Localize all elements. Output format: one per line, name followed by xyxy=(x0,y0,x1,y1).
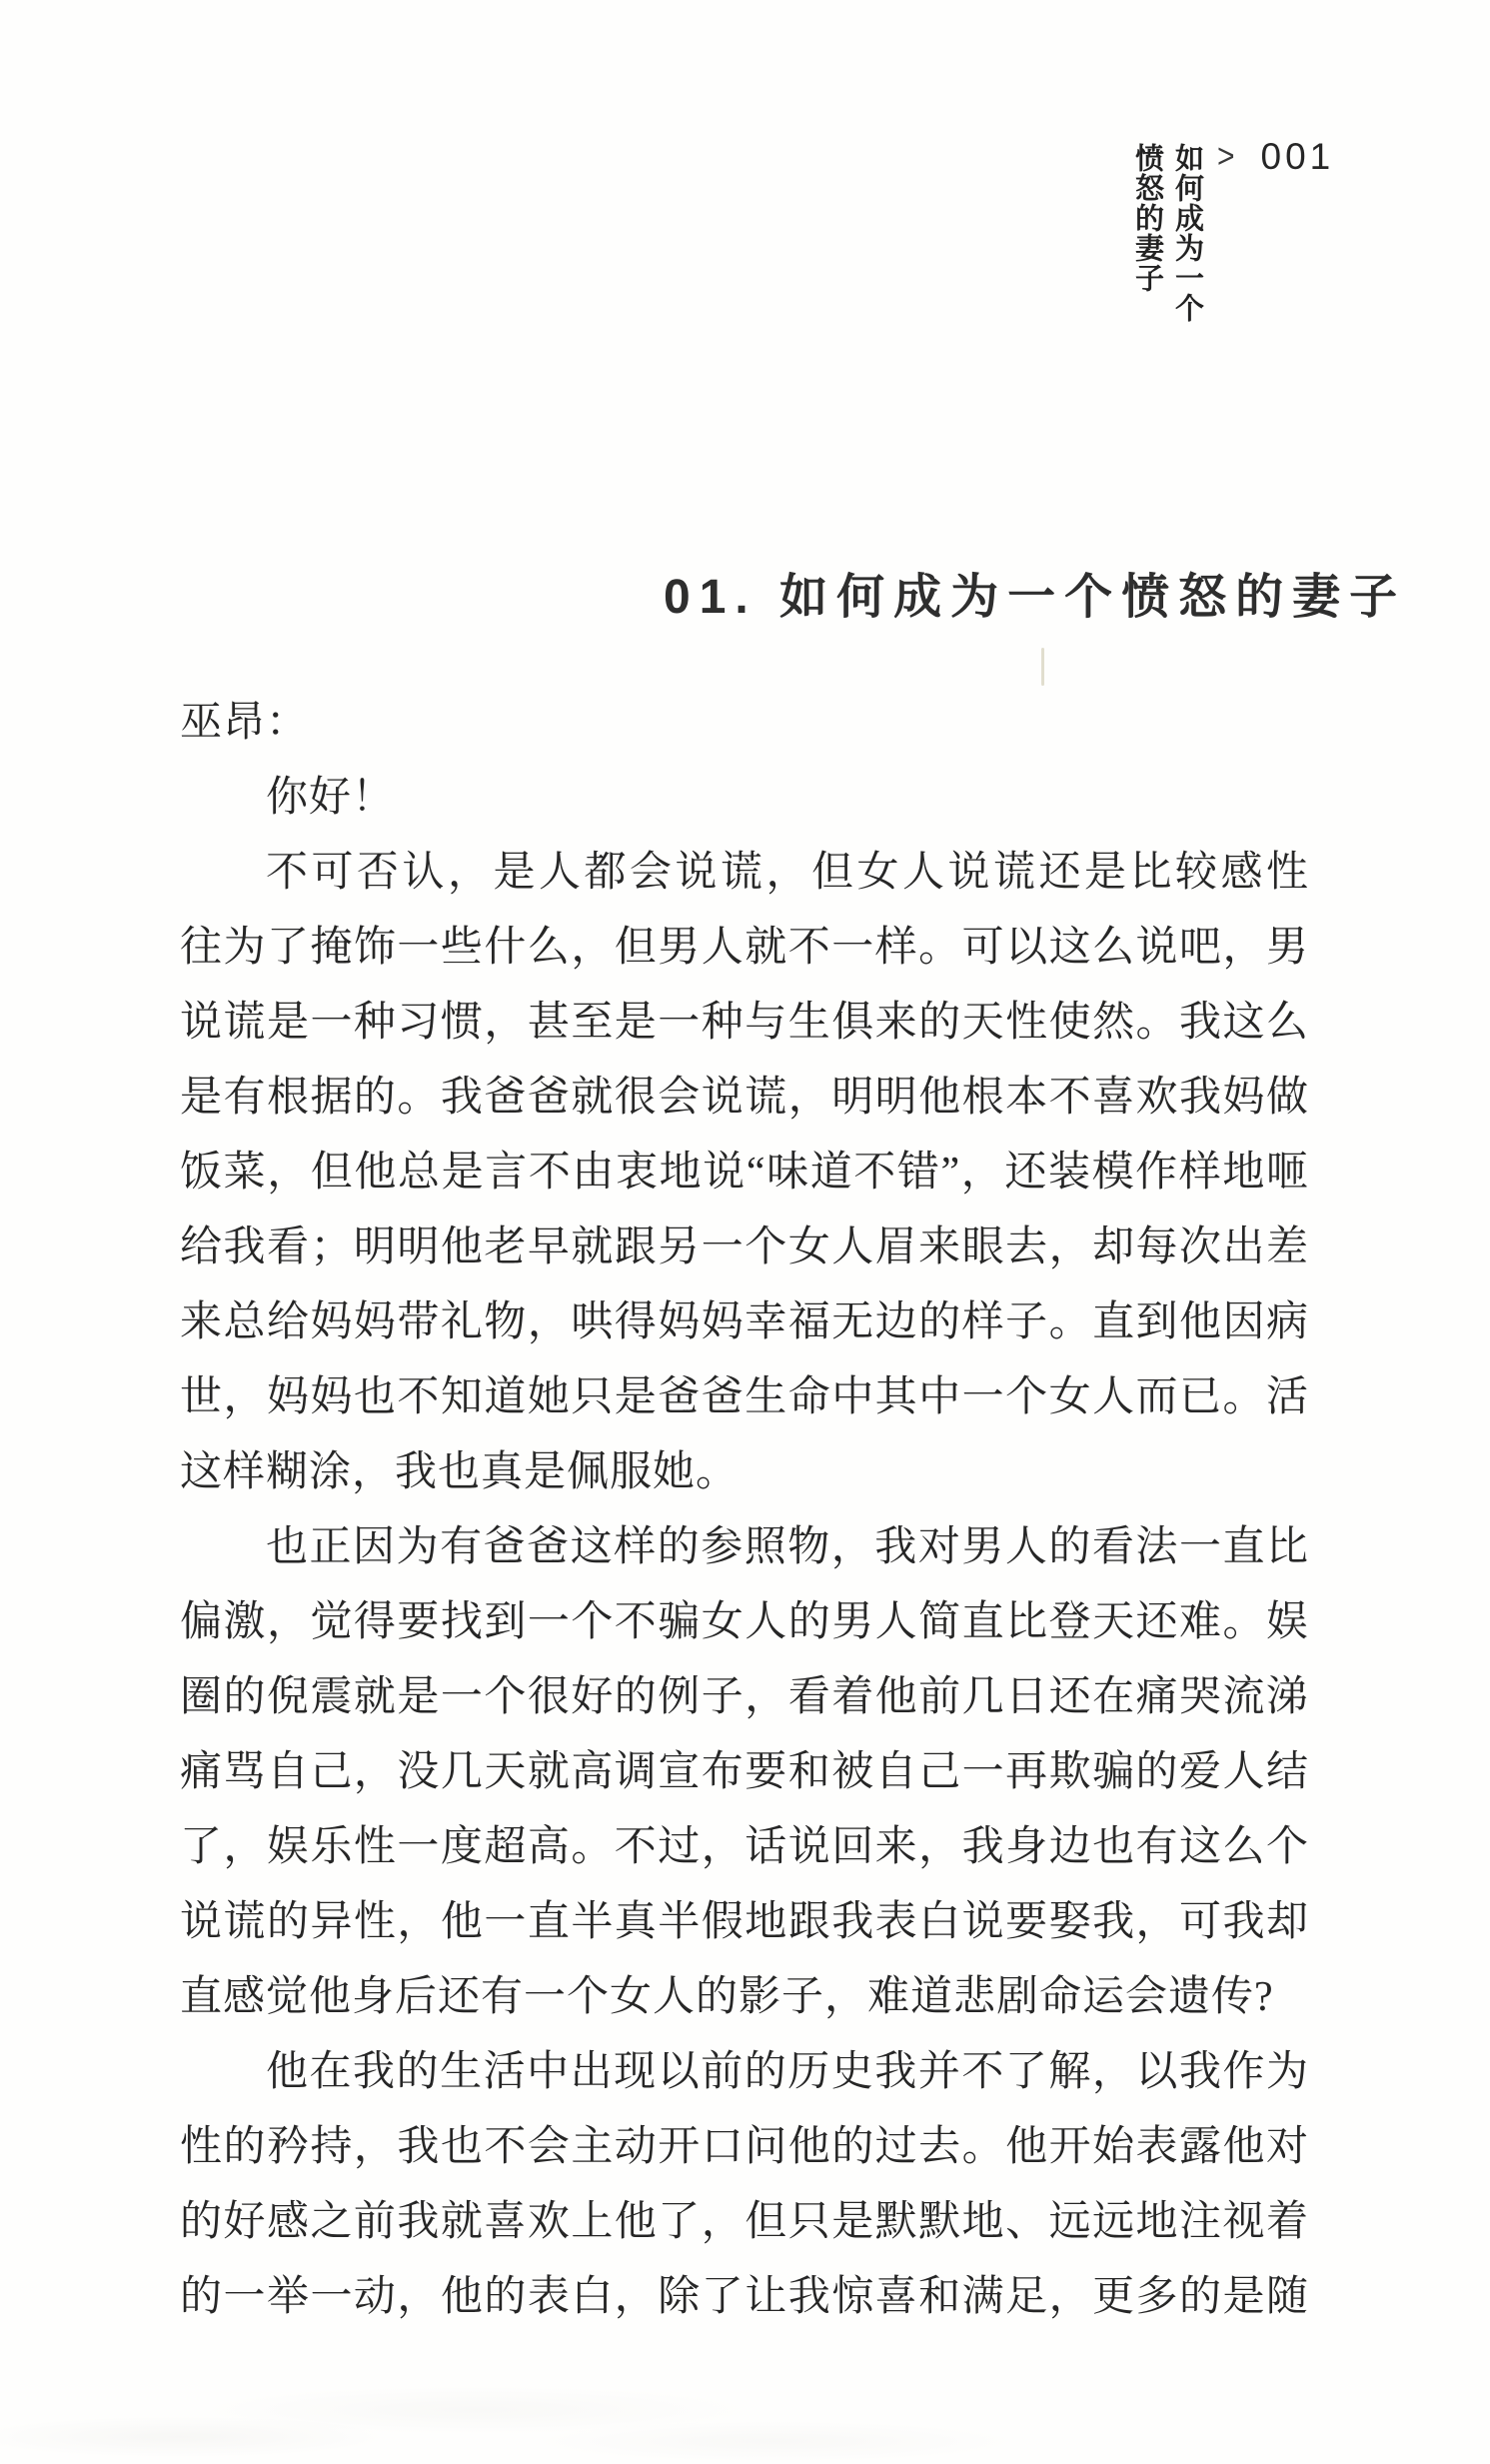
text-line: 来总给妈妈带礼物，哄得妈妈幸福无边的样子。直到他因病去 xyxy=(180,1285,1309,1360)
chapter-title: 01. 如何成为一个愤怒的妻子 xyxy=(664,558,1406,627)
text-line: 巫昂： xyxy=(180,686,1309,761)
book-page: 如何成为一个 愤怒的妻子 > 001 01. 如何成为一个愤怒的妻子 巫昂：你好… xyxy=(0,0,1490,2464)
text-line: 偏激，觉得要找到一个不骗女人的男人简直比登天还难。娱乐 xyxy=(180,1585,1309,1660)
text-line: 饭菜，但他总是言不由衷地说“味道不错”，还装模作样地咂嘴 xyxy=(180,1136,1309,1211)
running-header-column-2: 愤怒的妻子 xyxy=(1127,143,1167,353)
chevron-right-icon: > xyxy=(1217,137,1235,176)
text-line: 这样糊涂，我也真是佩服她。 xyxy=(180,1435,1309,1510)
body-text: 巫昂：你好！不可否认，是人都会说谎，但女人说谎还是比较感性的，往往为了掩饰一些什… xyxy=(180,686,1309,2335)
text-line: 痛骂自己，没几天就高调宣布要和被自己一再欺骗的爱人结婚 xyxy=(180,1735,1309,1810)
text-line: 说谎是一种习惯，甚至是一种与生俱来的天性使然。我这么说 xyxy=(180,986,1309,1061)
page-number-block: > 001 xyxy=(1217,136,1334,178)
text-line: 你好！ xyxy=(180,761,1309,836)
running-header-column-1: 如何成为一个 xyxy=(1167,143,1207,353)
text-line: 也正因为有爸爸这样的参照物，我对男人的看法一直比较 xyxy=(180,1510,1309,1585)
running-header: 如何成为一个 愤怒的妻子 xyxy=(1127,143,1207,353)
text-line: 说谎的异性，他一直半真半假地跟我表白说要娶我，可我却一 xyxy=(180,1885,1309,1960)
text-line: 直感觉他身后还有一个女人的影子，难道悲剧命运会遗传? xyxy=(180,1960,1309,2035)
text-line: 给我看；明明他老早就跟另一个女人眉来眼去，却每次出差回 xyxy=(180,1211,1309,1285)
text-line: 性的矜持，我也不会主动开口问他的过去。他开始表露他对我 xyxy=(180,2110,1309,2185)
text-line: 他在我的生活中出现以前的历史我并不了解，以我作为女 xyxy=(180,2035,1309,2110)
scan-artifact xyxy=(1041,648,1044,686)
text-line: 往为了掩饰一些什么，但男人就不一样。可以这么说吧，男人 xyxy=(180,911,1309,986)
page-number: 001 xyxy=(1261,136,1335,178)
text-line: 的一举一动，他的表白，除了让我惊喜和满足，更多的是随之而 xyxy=(180,2260,1309,2335)
text-line: 的好感之前我就喜欢上他了，但只是默默地、远远地注视着他 xyxy=(180,2185,1309,2260)
text-line: 世，妈妈也不知道她只是爸爸生命中其中一个女人而已。活得 xyxy=(180,1360,1309,1435)
text-line: 了，娱乐性一度超高。不过，话说回来，我身边也有这么个善于 xyxy=(180,1810,1309,1885)
page-bottom-bleed-through xyxy=(0,2374,1490,2464)
text-line: 不可否认，是人都会说谎，但女人说谎还是比较感性的，往 xyxy=(180,836,1309,911)
text-line: 圈的倪震就是一个很好的例子，看着他前几日还在痛哭流涕地 xyxy=(180,1660,1309,1735)
text-line: 是有根据的。我爸爸就很会说谎，明明他根本不喜欢我妈做的 xyxy=(180,1061,1309,1136)
